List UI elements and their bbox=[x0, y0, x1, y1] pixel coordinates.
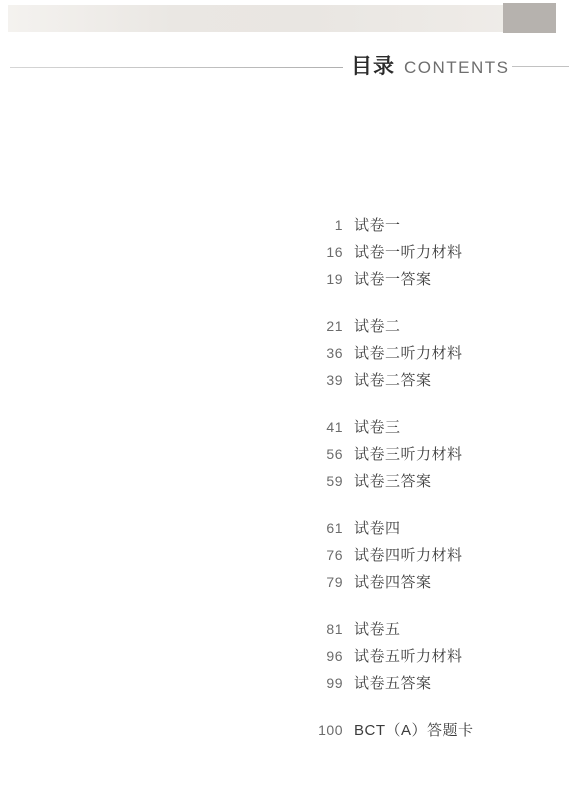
toc-entry-label: 试卷五答案 bbox=[354, 672, 432, 693]
toc-entry-label: 试卷三听力材料 bbox=[354, 443, 463, 464]
title-rule-left bbox=[10, 67, 343, 68]
toc-entry: 99 试卷五答案 bbox=[300, 669, 570, 696]
toc-entry: 56 试卷三听力材料 bbox=[300, 440, 570, 467]
toc-entry: 59 试卷三答案 bbox=[300, 467, 570, 494]
toc-group-exam3: 41 试卷三 56 试卷三听力材料 59 试卷三答案 bbox=[300, 413, 570, 494]
toc-entry-label: 试卷二答案 bbox=[354, 369, 432, 390]
toc-page-number: 59 bbox=[300, 473, 343, 489]
toc-page-number: 96 bbox=[300, 648, 343, 664]
toc-page-number: 39 bbox=[300, 372, 343, 388]
toc-entry-label: 试卷五听力材料 bbox=[354, 645, 463, 666]
toc-entry: 61 试卷四 bbox=[300, 514, 570, 541]
toc-group-exam4: 61 试卷四 76 试卷四听力材料 79 试卷四答案 bbox=[300, 514, 570, 595]
toc-entry: 76 试卷四听力材料 bbox=[300, 541, 570, 568]
toc-page-number: 19 bbox=[300, 271, 343, 287]
toc-entry-label: 试卷二 bbox=[354, 315, 401, 336]
toc-entry-label: 试卷五 bbox=[354, 618, 401, 639]
toc-entry: 81 试卷五 bbox=[300, 615, 570, 642]
toc-entry: 19 试卷一答案 bbox=[300, 265, 570, 292]
toc-page-number: 79 bbox=[300, 574, 343, 590]
toc-entry-label: 试卷一答案 bbox=[354, 268, 432, 289]
toc-entry-label: 试卷三 bbox=[354, 416, 401, 437]
header-strip-dark-block bbox=[503, 3, 556, 33]
toc-entry-label: 试卷四答案 bbox=[354, 571, 432, 592]
toc-entry: 79 试卷四答案 bbox=[300, 568, 570, 595]
toc-group-exam2: 21 试卷二 36 试卷二听力材料 39 试卷二答案 bbox=[300, 312, 570, 393]
toc-entry: 1 试卷一 bbox=[300, 211, 570, 238]
toc-page-number: 36 bbox=[300, 345, 343, 361]
toc-group-exam1: 1 试卷一 16 试卷一听力材料 19 试卷一答案 bbox=[300, 211, 570, 292]
toc-entry-label: 试卷四听力材料 bbox=[354, 544, 463, 565]
toc-group-exam5: 81 试卷五 96 试卷五听力材料 99 试卷五答案 bbox=[300, 615, 570, 696]
toc-page-number: 76 bbox=[300, 547, 343, 563]
toc-entry-label: 试卷二听力材料 bbox=[354, 342, 463, 363]
toc-page-number: 1 bbox=[300, 217, 343, 233]
toc-entry: 39 试卷二答案 bbox=[300, 366, 570, 393]
toc-entry-label: 试卷一 bbox=[354, 214, 401, 235]
toc-page-number: 21 bbox=[300, 318, 343, 334]
toc-page-number: 16 bbox=[300, 244, 343, 260]
toc-entry: 21 试卷二 bbox=[300, 312, 570, 339]
toc-page-number: 99 bbox=[300, 675, 343, 691]
toc-page-number: 81 bbox=[300, 621, 343, 637]
toc-entry-label: 试卷一听力材料 bbox=[354, 241, 463, 262]
toc-entry-label: BCT（A）答题卡 bbox=[354, 719, 474, 740]
toc-entry-answer-sheet: 100 BCT（A）答题卡 bbox=[300, 716, 570, 743]
toc-entry-label: 试卷四 bbox=[354, 517, 401, 538]
page-title-zh: 目录 bbox=[351, 54, 395, 80]
toc-entry: 36 试卷二听力材料 bbox=[300, 339, 570, 366]
toc-entry: 16 试卷一听力材料 bbox=[300, 238, 570, 265]
toc-entry: 41 试卷三 bbox=[300, 413, 570, 440]
header-paper-strip bbox=[8, 5, 556, 32]
table-of-contents: 1 试卷一 16 试卷一听力材料 19 试卷一答案 21 试卷二 36 试卷二听… bbox=[300, 211, 570, 743]
toc-page-number: 56 bbox=[300, 446, 343, 462]
toc-entry: 96 试卷五听力材料 bbox=[300, 642, 570, 669]
toc-page-number: 100 bbox=[300, 722, 343, 738]
toc-page: { "header": { "title_zh": "目录", "title_e… bbox=[0, 0, 581, 786]
toc-page-number: 41 bbox=[300, 419, 343, 435]
title-rule-right bbox=[512, 66, 569, 67]
page-title-en: CONTENTS bbox=[404, 58, 510, 78]
toc-page-number: 61 bbox=[300, 520, 343, 536]
toc-entry-label: 试卷三答案 bbox=[354, 470, 432, 491]
